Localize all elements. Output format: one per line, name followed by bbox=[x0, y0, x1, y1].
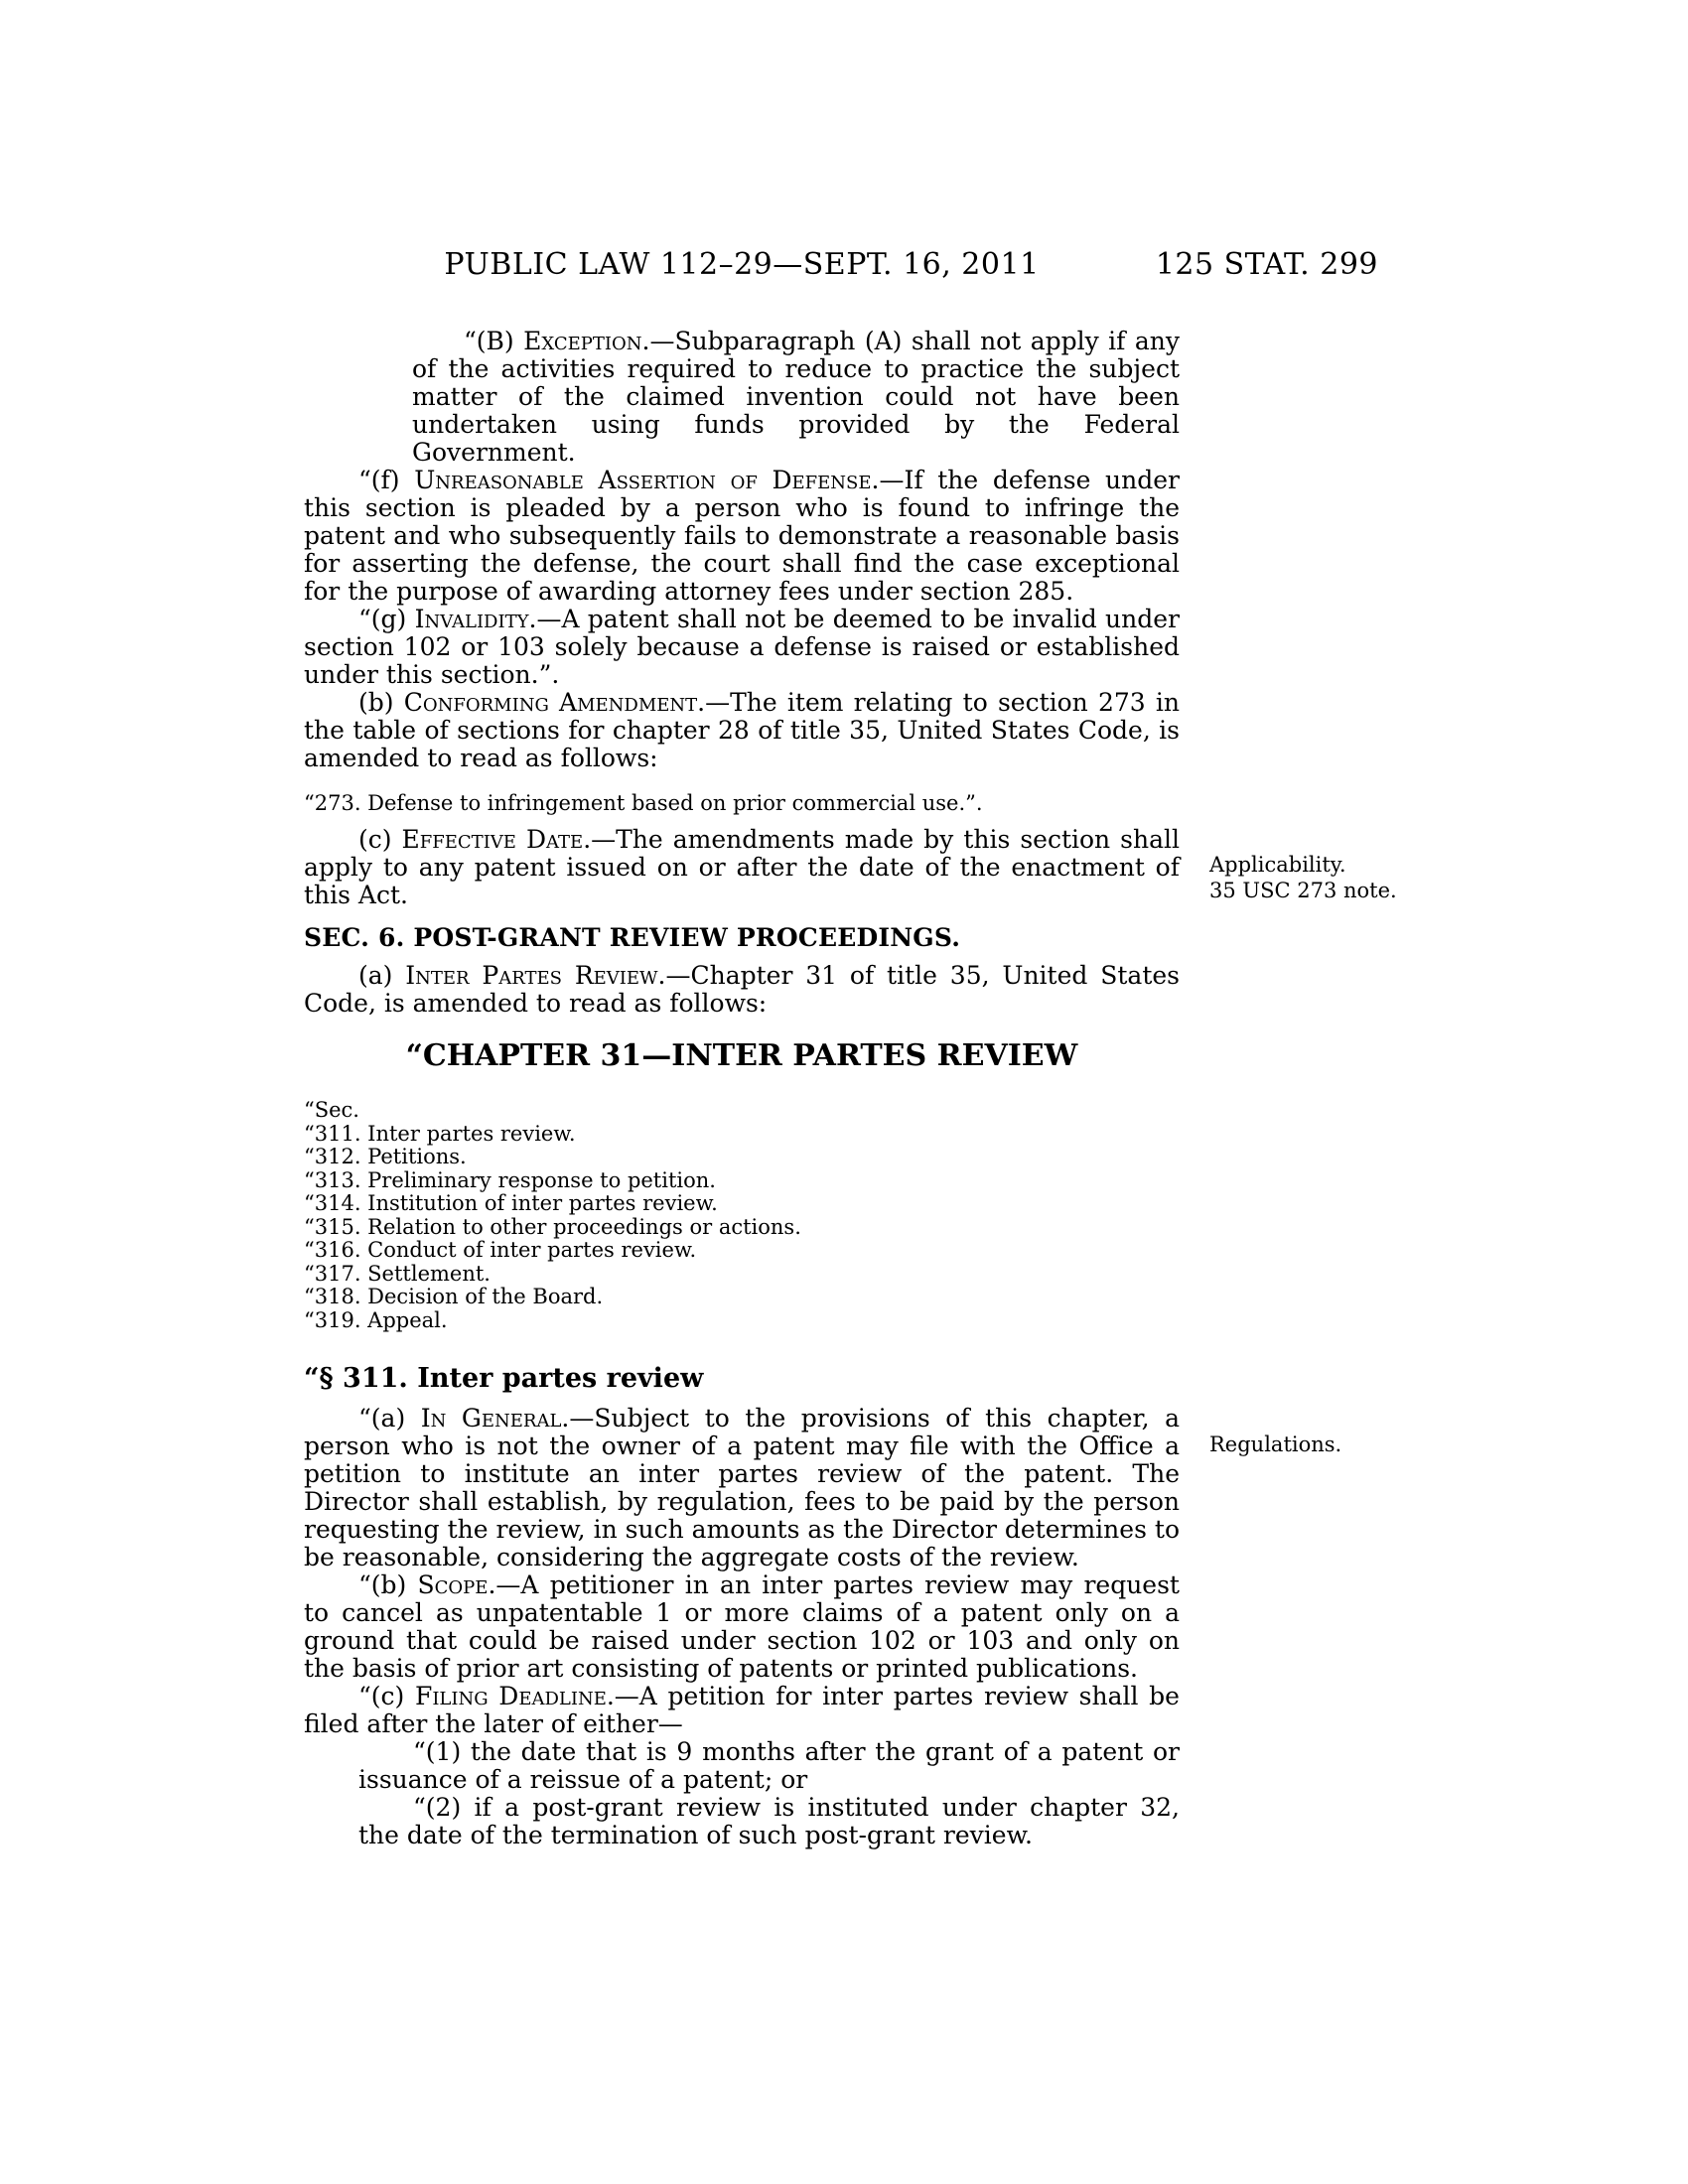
text-run: “(c) bbox=[358, 1682, 415, 1710]
small-caps-run: Scope bbox=[418, 1570, 489, 1599]
text-run: “(2) if a post-grant review is institute… bbox=[358, 1793, 1180, 1849]
small-caps-run: Invalidity bbox=[415, 605, 529, 633]
list-line: “315. Relation to other proceedings or a… bbox=[304, 1216, 1180, 1240]
small-caps-run: Unreasonable Assertion of Defense bbox=[414, 466, 871, 494]
list-line: “313. Preliminary response to petition. bbox=[304, 1169, 1180, 1193]
statute-page: PUBLIC LAW 112–29—SEPT. 16, 2011 125 STA… bbox=[0, 0, 1688, 2184]
text-run: (b) bbox=[358, 688, 404, 717]
text-run: “(f) bbox=[358, 466, 414, 494]
paragraph-conforming-amendment: (b) Conforming Amendment.—The item relat… bbox=[304, 689, 1180, 772]
paragraph-311b-scope: “(b) Scope.—A petitioner in an inter par… bbox=[304, 1571, 1180, 1683]
paragraph-311c2: “(2) if a post-grant review is institute… bbox=[358, 1794, 1180, 1849]
paragraph-effective-date: (c) Effective Date.—The amendments made … bbox=[304, 826, 1180, 909]
list-line: “317. Settlement. bbox=[304, 1263, 1180, 1287]
paragraph-311c-filing-deadline: “(c) Filing Deadline.—A petition for int… bbox=[304, 1683, 1180, 1738]
margin-note-regulations: Regulations. bbox=[1209, 1432, 1438, 1457]
chapter-31-heading: “CHAPTER 31—INTER PARTES REVIEW bbox=[304, 1039, 1180, 1073]
list-line: “Sec. bbox=[304, 1099, 1180, 1123]
text-run: (a) bbox=[358, 961, 405, 990]
small-caps-run: Inter Partes Review bbox=[405, 961, 657, 990]
paragraph-311c1: “(1) the date that is 9 months after the… bbox=[358, 1738, 1180, 1794]
list-line: Regulations. bbox=[1209, 1432, 1438, 1457]
list-line: 35 USC 273 note. bbox=[1209, 878, 1438, 903]
running-head-law-title: PUBLIC LAW 112–29—SEPT. 16, 2011 bbox=[304, 248, 1180, 282]
paragraph-311a-in-general: “(a) In General.—Subject to the provisio… bbox=[304, 1405, 1180, 1571]
margin-note-applicability: Applicability.35 USC 273 note. bbox=[1209, 852, 1438, 903]
text-run: “(a) bbox=[358, 1404, 421, 1433]
list-line: “312. Petitions. bbox=[304, 1146, 1180, 1169]
paragraph-inter-partes-review: (a) Inter Partes Review.—Chapter 31 of t… bbox=[304, 962, 1180, 1018]
small-caps-run: Conforming Amendment bbox=[404, 688, 697, 717]
small-caps-run: Filing Deadline bbox=[415, 1682, 607, 1710]
list-line: Applicability. bbox=[1209, 852, 1438, 878]
small-caps-run: Effective Date bbox=[402, 825, 584, 854]
text-run: (c) bbox=[358, 825, 402, 854]
text-run: “(B) bbox=[464, 327, 523, 355]
text-run: “(1) the date that is 9 months after the… bbox=[358, 1737, 1180, 1794]
list-line: “316. Conduct of inter partes review. bbox=[304, 1239, 1180, 1263]
list-line: “319. Appeal. bbox=[304, 1309, 1180, 1333]
section-311-heading: “§ 311. Inter partes review bbox=[304, 1363, 1180, 1395]
small-caps-run: Exception bbox=[523, 327, 641, 355]
section-6-heading: SEC. 6. POST-GRANT REVIEW PROCEEDINGS. bbox=[304, 923, 1180, 953]
running-head-stat-number: 125 STAT. 299 bbox=[1080, 248, 1378, 282]
text-run: “(b) bbox=[358, 1570, 418, 1599]
table-of-sections-item-line: “273. Defense to infringement based on p… bbox=[304, 791, 1180, 815]
list-line: “311. Inter partes review. bbox=[304, 1123, 1180, 1147]
paragraph-invalidity: “(g) Invalidity.—A patent shall not be d… bbox=[304, 606, 1180, 689]
chapter-31-table-of-sections: “Sec.“311. Inter partes review.“312. Pet… bbox=[304, 1099, 1180, 1332]
body-column: “(B) Exception.—Subparagraph (A) shall n… bbox=[304, 328, 1180, 1849]
paragraph-unreasonable-assertion: “(f) Unreasonable Assertion of Defense.—… bbox=[304, 467, 1180, 606]
text-run: “(g) bbox=[358, 605, 415, 633]
paragraph-exception: “(B) Exception.—Subparagraph (A) shall n… bbox=[412, 328, 1180, 467]
list-line: “314. Institution of inter partes review… bbox=[304, 1192, 1180, 1216]
list-line: “318. Decision of the Board. bbox=[304, 1286, 1180, 1309]
small-caps-run: In General bbox=[421, 1404, 562, 1433]
